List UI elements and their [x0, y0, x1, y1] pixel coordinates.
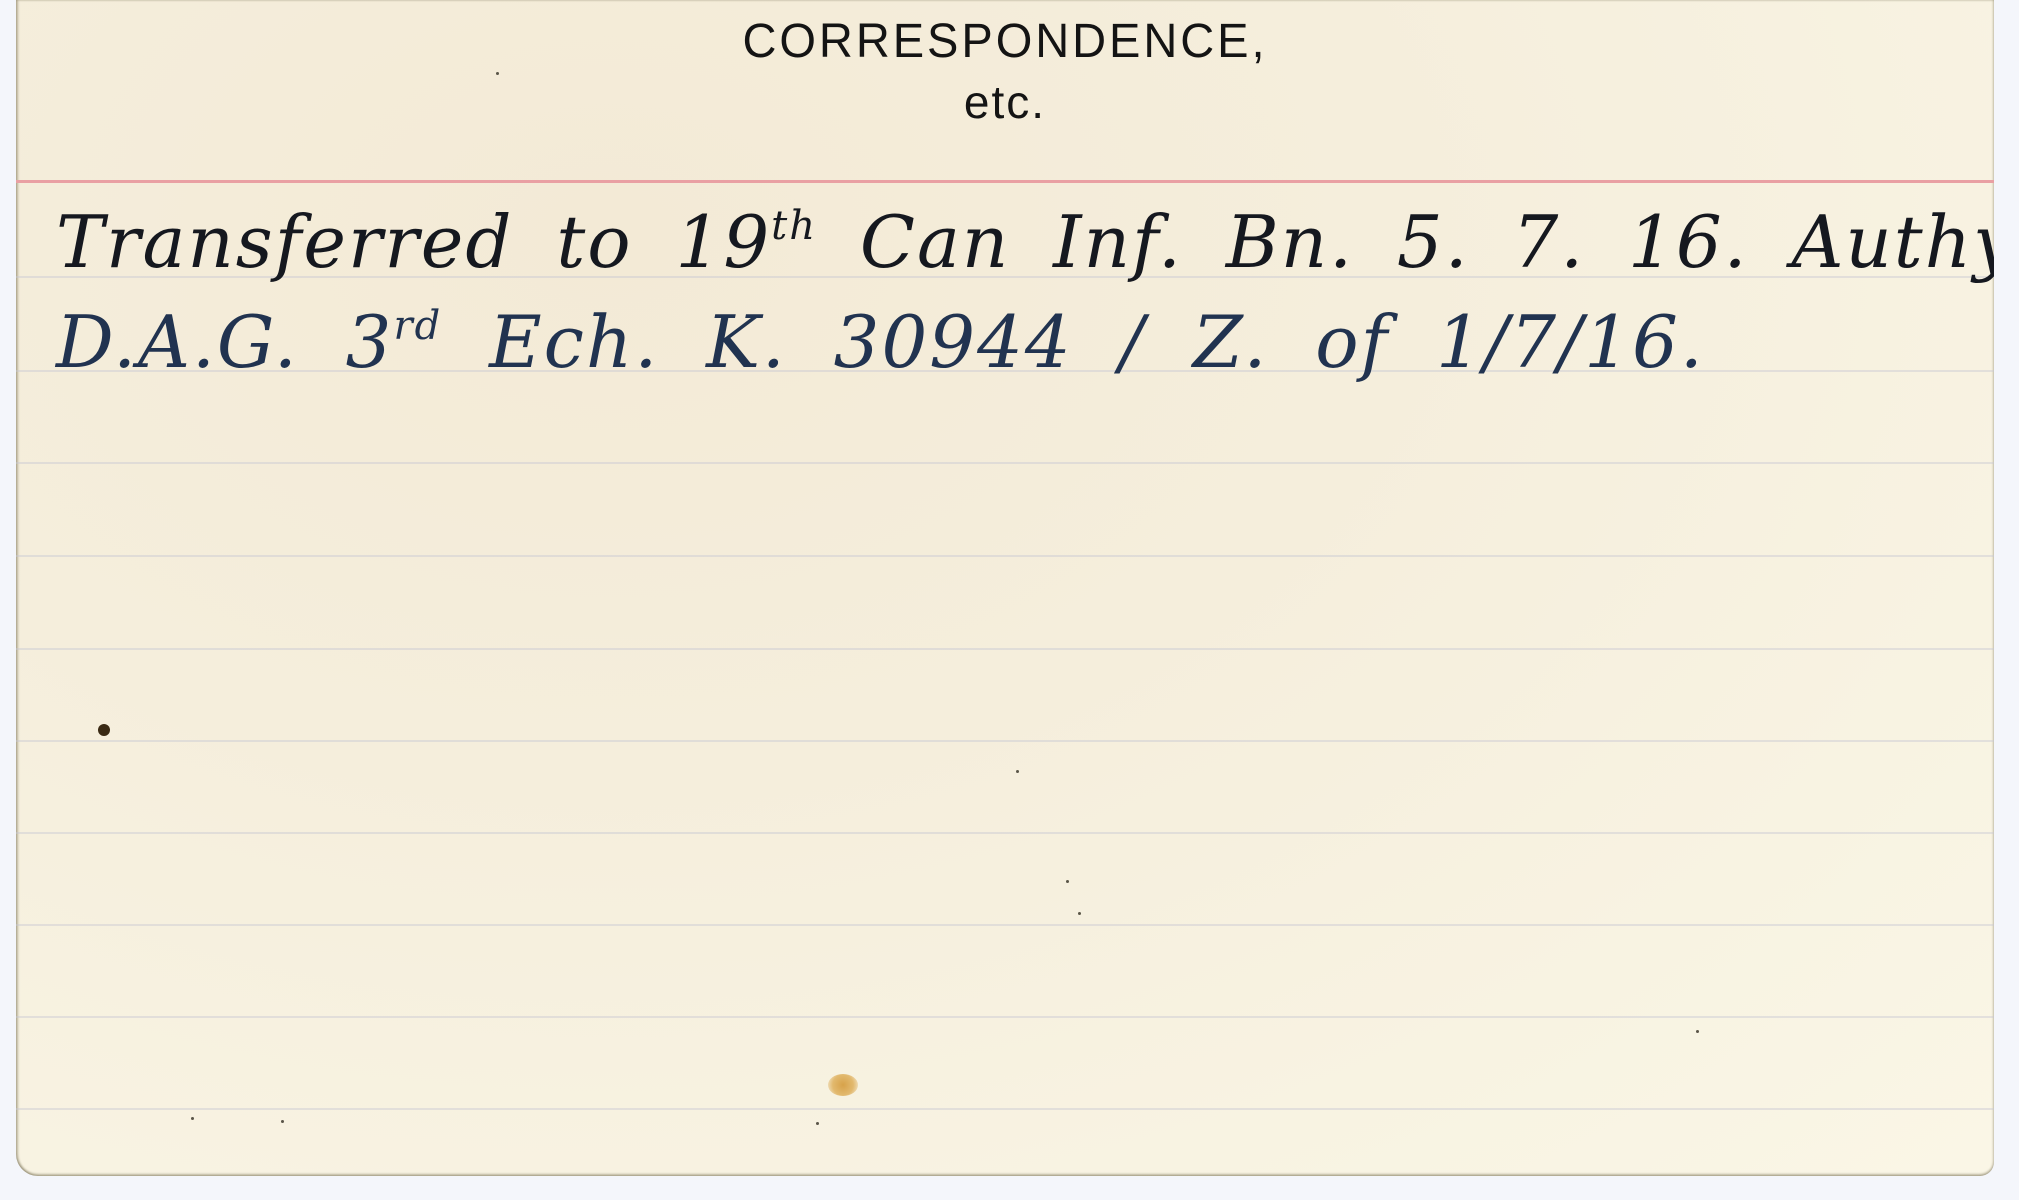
card-title: CORRESPONDENCE, — [36, 14, 1974, 70]
ruled-line — [16, 832, 1994, 834]
paper-speck — [816, 1122, 819, 1125]
card-header: CORRESPONDENCE, etc. — [16, 14, 1994, 130]
card-subtitle: etc. — [16, 74, 1994, 130]
ruled-line — [16, 1108, 1994, 1110]
ruled-line — [16, 648, 1994, 650]
handwritten-line-1-rest: Can Inf. Bn. 5. 7. 16. Authy — [817, 200, 1994, 284]
handwritten-line-2-rest: Ech. K. 30944 / Z. of 1/7/16. — [442, 300, 1705, 384]
header-divider-rule — [16, 180, 1994, 183]
paper-speck — [191, 1117, 194, 1120]
ruled-line — [16, 740, 1994, 742]
ruled-line — [16, 555, 1994, 557]
paper-speck — [1016, 770, 1019, 773]
ruled-line — [16, 462, 1994, 464]
ink-spot — [98, 724, 110, 736]
handwritten-line-2: D.A.G. 3rd Ech. K. 30944 / Z. of 1/7/16. — [56, 300, 1705, 384]
index-card: CORRESPONDENCE, etc. Transferred to 19th… — [16, 0, 1994, 1176]
paper-speck — [1696, 1030, 1699, 1033]
handwritten-line-1: Transferred to 19th Can Inf. Bn. 5. 7. 1… — [56, 200, 1994, 284]
paper-speck — [1066, 880, 1069, 883]
handwritten-line-2-prefix: D.A.G. 3 — [56, 300, 393, 384]
paper-speck — [281, 1120, 284, 1123]
foxing-stain — [828, 1074, 858, 1096]
ruled-line — [16, 1016, 1994, 1018]
paper-speck — [1078, 912, 1081, 915]
ruled-line — [16, 924, 1994, 926]
ordinal-suffix: th — [771, 203, 817, 249]
handwritten-line-1-prefix: Transferred to 19 — [56, 200, 771, 284]
paper-speck — [496, 72, 499, 75]
ordinal-suffix: rd — [393, 303, 442, 349]
